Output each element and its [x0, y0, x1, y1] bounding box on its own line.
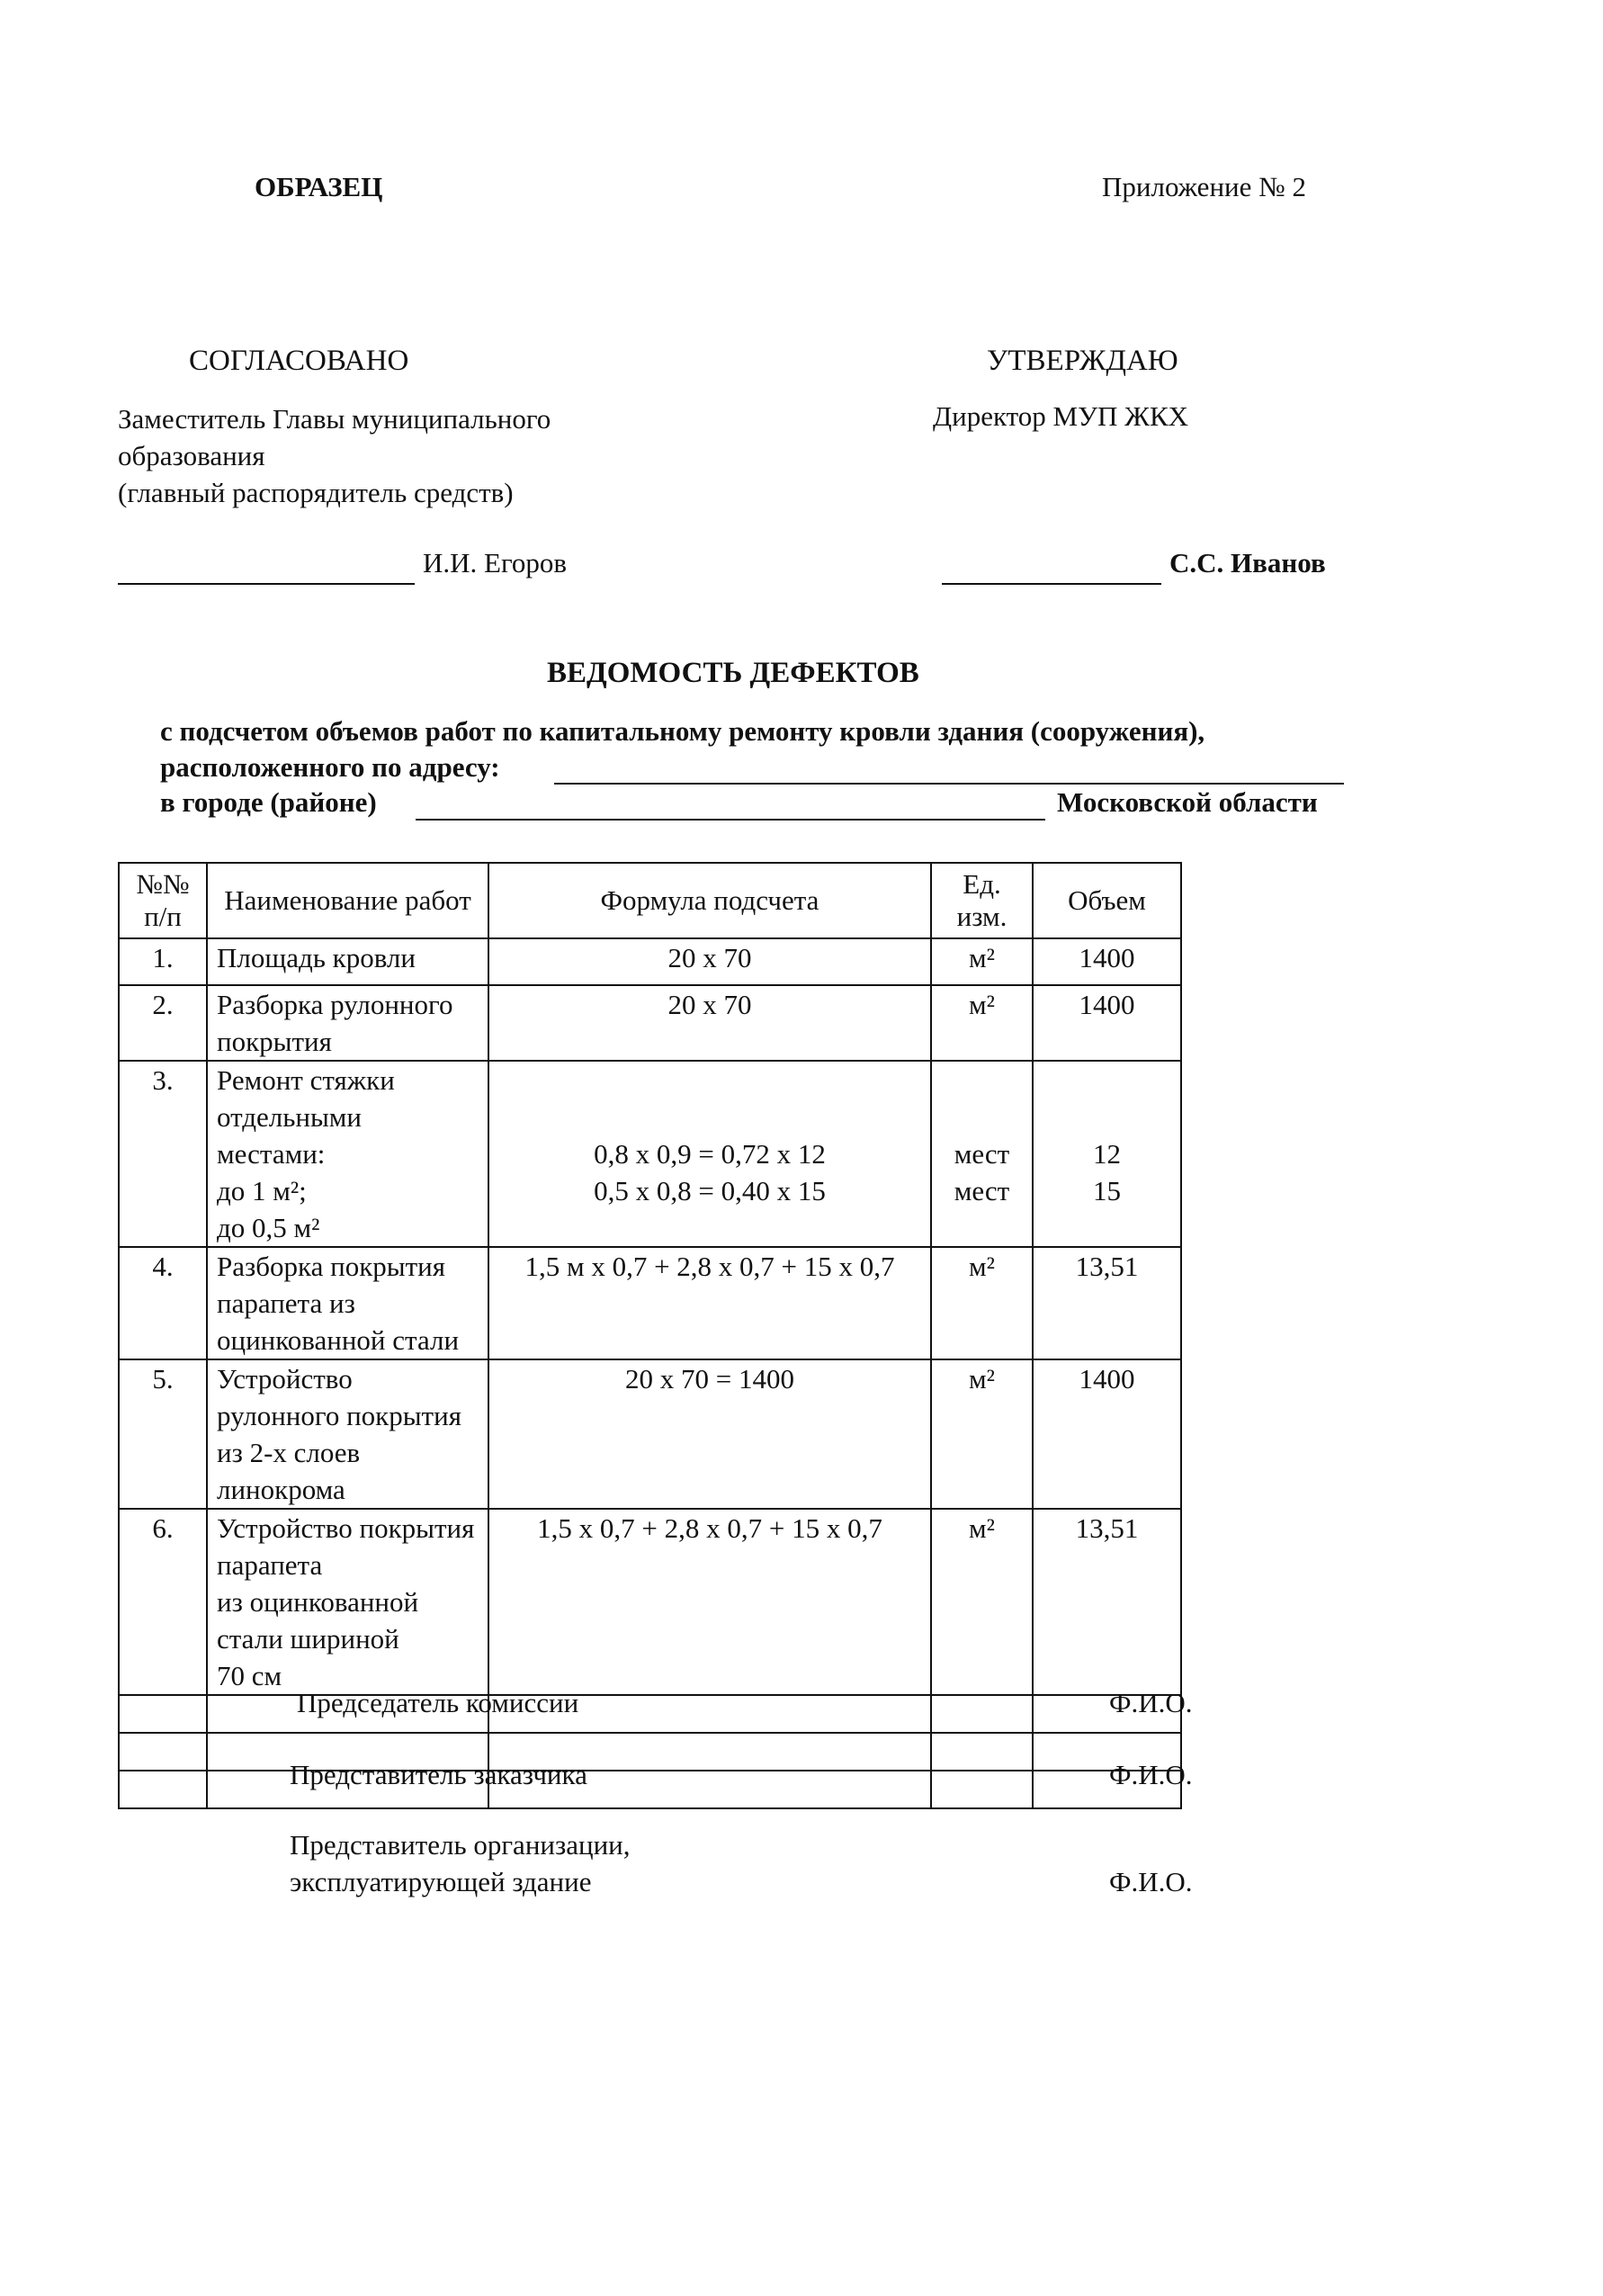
formula-line: 0,5 x 0,8 = 0,40 x 15	[498, 1172, 921, 1209]
table-row: 4.Разборка покрытия парапета изоцинкован…	[119, 1247, 1181, 1359]
blank-table-row	[119, 1695, 1181, 1733]
work-name: Разборка рулонного покрытия	[207, 985, 488, 1061]
formula-line: 20 x 70	[498, 939, 921, 976]
work-name-line: из оцинкованной стали шириной	[217, 1583, 479, 1657]
work-name-line: Ремонт стяжки отдельными	[217, 1062, 479, 1135]
volume-line: 13,51	[1043, 1248, 1171, 1285]
volume: 13,51	[1033, 1509, 1181, 1695]
signature-role-line: Представитель заказчика	[290, 1756, 587, 1793]
volume-line: 1400	[1043, 986, 1171, 1023]
blank-cell	[931, 1695, 1033, 1733]
blank-cell	[119, 1771, 207, 1808]
signature-role-line: Представитель организации,	[290, 1826, 631, 1863]
header-unit: Ед. изм.	[931, 863, 1033, 938]
row-number: 5.	[119, 1359, 207, 1509]
document-subtitle: с подсчетом объемов работ по капитальном…	[160, 715, 1204, 748]
header-unit-line: Ед.	[941, 868, 1023, 901]
work-name-line: Площадь кровли	[217, 939, 479, 976]
unit: м²	[931, 1247, 1033, 1359]
work-name-line: из 2-х слоев линокрома	[217, 1434, 479, 1508]
volume-line: 15	[1043, 1172, 1171, 1209]
approve-signature-name: С.С. Иванов	[1169, 547, 1326, 579]
volume: 13,51	[1033, 1247, 1181, 1359]
volume-line	[1043, 1062, 1171, 1099]
formula: 1,5 м x 0,7 + 2,8 x 0,7 + 15 x 0,7	[488, 1247, 931, 1359]
row-number: 1.	[119, 938, 207, 985]
agreed-signature-name: И.И. Егоров	[423, 547, 567, 579]
unit: местмест	[931, 1061, 1033, 1247]
work-name-line: местами:	[217, 1135, 479, 1172]
formula-line	[498, 1099, 921, 1135]
work-name: Разборка покрытия парапета изоцинкованно…	[207, 1247, 488, 1359]
unit-line: м²	[941, 1248, 1023, 1285]
work-name-line: Устройство рулонного покрытия	[217, 1360, 479, 1434]
signature-role: Представитель заказчика	[290, 1756, 587, 1793]
work-name-line: Разборка рулонного покрытия	[217, 986, 479, 1060]
volume-line: 1400	[1043, 939, 1171, 976]
blank-table-row	[119, 1733, 1181, 1771]
formula-line: 0,8 x 0,9 = 0,72 x 12	[498, 1135, 921, 1172]
formula: 20 x 70	[488, 938, 931, 985]
volume-line: 13,51	[1043, 1510, 1171, 1547]
unit: м²	[931, 1509, 1033, 1695]
header-unit-line: изм.	[941, 901, 1023, 933]
agreed-signature-line	[118, 583, 415, 585]
work-name: Ремонт стяжки отдельнымиместами: до 1 м²…	[207, 1061, 488, 1247]
agreed-position-line: образования	[118, 437, 551, 474]
formula-line: 20 x 70 = 1400	[498, 1360, 921, 1397]
volume: 1400	[1033, 1359, 1181, 1509]
volume: 1400	[1033, 985, 1181, 1061]
unit-line: мест	[941, 1135, 1023, 1172]
formula-line: 1,5 м x 0,7 + 2,8 x 0,7 + 15 x 0,7	[498, 1248, 921, 1285]
row-number: 2.	[119, 985, 207, 1061]
work-name-line: Разборка покрытия парапета из	[217, 1248, 479, 1322]
work-name-line: Устройство покрытия парапета	[217, 1510, 479, 1583]
formula: 1,5 x 0,7 + 2,8 x 0,7 + 15 x 0,7	[488, 1509, 931, 1695]
work-name: Площадь кровли	[207, 938, 488, 985]
table-row: 1.Площадь кровли20 x 70м²1400	[119, 938, 1181, 985]
table-header-row: №№ п/п Наименование работ Формула подсче…	[119, 863, 1181, 938]
blank-cell	[931, 1771, 1033, 1808]
volume-line: 1400	[1043, 1360, 1171, 1397]
formula: 20 x 70	[488, 985, 931, 1061]
approve-title: УТВЕРЖДАЮ	[987, 345, 1178, 378]
blank-table-row	[119, 1771, 1181, 1808]
formula: 0,8 x 0,9 = 0,72 x 120,5 x 0,8 = 0,40 x …	[488, 1061, 931, 1247]
header-formula: Формула подсчета	[488, 863, 931, 938]
unit-line: м²	[941, 1360, 1023, 1397]
work-name-line: оцинкованной стали	[217, 1322, 479, 1359]
volume: 1215	[1033, 1061, 1181, 1247]
unit-line: м²	[941, 1510, 1023, 1547]
agreed-position-line: Заместитель Главы муниципального	[118, 400, 551, 437]
signature-name-placeholder: Ф.И.О.	[1109, 1863, 1193, 1900]
table-body: 1.Площадь кровли20 x 70м²14002.Разборка …	[119, 938, 1181, 1808]
agreed-position-line: (главный распорядитель средств)	[118, 474, 551, 511]
work-name-line: до 1 м²;	[217, 1172, 479, 1209]
row-number: 6.	[119, 1509, 207, 1695]
row-number: 3.	[119, 1061, 207, 1247]
unit: м²	[931, 985, 1033, 1061]
header-num: №№ п/п	[119, 863, 207, 938]
city-label: в городе (районе)	[160, 786, 377, 819]
agreed-title: СОГЛАСОВАНО	[189, 345, 408, 378]
region-label: Московской области	[1057, 786, 1318, 819]
city-field-line	[416, 819, 1045, 821]
unit-line: мест	[941, 1172, 1023, 1209]
approve-signature-line	[942, 583, 1161, 585]
appendix-label: Приложение № 2	[1102, 171, 1306, 203]
header-num-line: №№	[129, 868, 197, 901]
signature-role: Представитель организации,эксплуатирующе…	[290, 1826, 631, 1900]
formula-line: 20 x 70	[498, 986, 921, 1023]
unit-line	[941, 1062, 1023, 1099]
header-volume: Объем	[1033, 863, 1181, 938]
formula-line: 1,5 x 0,7 + 2,8 x 0,7 + 15 x 0,7	[498, 1510, 921, 1547]
table-row: 5.Устройство рулонного покрытияиз 2-х сл…	[119, 1359, 1181, 1509]
formula: 20 x 70 = 1400	[488, 1359, 931, 1509]
signature-role-line: эксплуатирующей здание	[290, 1863, 631, 1900]
header-name: Наименование работ	[207, 863, 488, 938]
volume-line: 12	[1043, 1135, 1171, 1172]
blank-cell	[931, 1733, 1033, 1771]
unit: м²	[931, 938, 1033, 985]
sample-label: ОБРАЗЕЦ	[255, 171, 382, 203]
signature-role: Председатель комиссии	[297, 1684, 578, 1721]
unit-line: м²	[941, 939, 1023, 976]
header-num-line: п/п	[129, 901, 197, 933]
volume-line	[1043, 1099, 1171, 1135]
address-field-line	[554, 783, 1344, 785]
signature-role-line: Председатель комиссии	[297, 1684, 578, 1721]
unit: м²	[931, 1359, 1033, 1509]
address-label: расположенного по адресу:	[160, 751, 500, 784]
unit-line: м²	[941, 986, 1023, 1023]
agreed-position: Заместитель Главы муниципального образов…	[118, 400, 551, 511]
blank-cell	[119, 1695, 207, 1733]
row-number: 4.	[119, 1247, 207, 1359]
table-row: 3.Ремонт стяжки отдельнымиместами: до 1 …	[119, 1061, 1181, 1247]
unit-line	[941, 1099, 1023, 1135]
formula-line	[498, 1062, 921, 1099]
table-row: 2.Разборка рулонного покрытия20 x 70м²14…	[119, 985, 1181, 1061]
signature-name-placeholder: Ф.И.О.	[1109, 1684, 1193, 1721]
table-row: 6.Устройство покрытия парапетаиз оцинков…	[119, 1509, 1181, 1695]
work-name-line: до 0,5 м²	[217, 1209, 479, 1246]
document-title: ВЕДОМОСТЬ ДЕФЕКТОВ	[547, 657, 919, 690]
volume: 1400	[1033, 938, 1181, 985]
blank-cell	[119, 1733, 207, 1771]
work-name: Устройство покрытия парапетаиз оцинкован…	[207, 1509, 488, 1695]
work-name: Устройство рулонного покрытияиз 2-х слое…	[207, 1359, 488, 1509]
signature-name-placeholder: Ф.И.О.	[1109, 1756, 1193, 1793]
defects-table: №№ п/п Наименование работ Формула подсче…	[118, 862, 1182, 1809]
approve-position: Директор МУП ЖКХ	[933, 400, 1188, 433]
